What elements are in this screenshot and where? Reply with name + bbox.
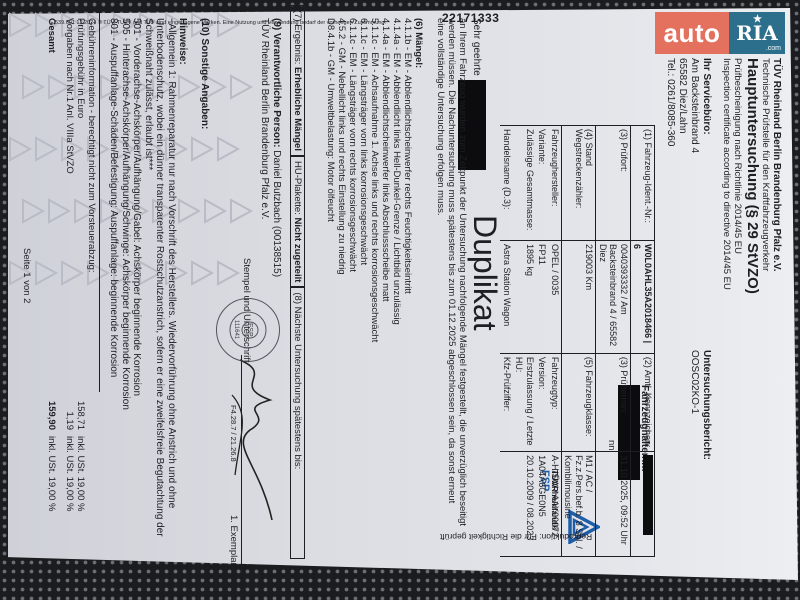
vehicle-field-label: Erstzulassung / Letzte HU:: [513, 353, 536, 451]
vehicle-field-label: (5) Fahrzeugklasse:: [562, 353, 597, 451]
vehicle-data-table: (1) Fahrzeug-Ident.-Nr.:W0L0AHL35A201846…: [501, 125, 656, 557]
defect-item: 4.1.1b - EM - Abblendlichtscheinwerfer r…: [402, 18, 413, 342]
subtitle-de: Prüfbescheinigung nach Richtlinie 2014/4…: [732, 58, 743, 254]
fee-line: Prüfungsgebühr in Euro158,71inkl. USt. 1…: [75, 18, 86, 578]
vehicle-field-label: (3) Prüftermin:: [596, 353, 631, 451]
vehicle-field-label: Variante:: [536, 126, 549, 241]
next-inspection-label: (8) Nächste Untersuchung spätestens bis:: [292, 292, 303, 469]
note-line: 501 - Vorderachse-Achskörper/Aufhängung/…: [131, 18, 143, 537]
note-line: 801 - Auspuffanlage-Schäden/Befestigung:…: [108, 18, 120, 537]
watermark-triangle-icon: [216, 260, 240, 286]
signature-scribble: [222, 355, 280, 525]
fee-tax: inkl. USt. 19,00 %: [75, 436, 86, 512]
vehicle-field-label: (4) Stand Wegstreckenzähler:: [562, 126, 597, 241]
official-stamp: FSP 111641: [216, 298, 280, 362]
watermark-triangle-icon: [229, 74, 253, 100]
watermark-triangle-icon: [21, 198, 45, 224]
note-line: 505 - Hinterachse-Achskörper/Aufhängung/…: [120, 18, 132, 537]
notes-list: - Allgemein 1: Rahmenreparatur nur nach …: [108, 18, 177, 537]
result-label: (7) Ergebnis:: [292, 10, 303, 64]
subtitle-en: Inspection certificate according to dire…: [721, 58, 732, 290]
inspection-certificate-page: TÜV Rheinland Berlin Brandenburg Pfalz e…: [10, 0, 800, 600]
fee-amount: 158,71: [75, 390, 86, 430]
defect-item: 4.5.2 - GM - Nebellicht links und rechts…: [336, 18, 347, 342]
watermark-triangle-icon: [216, 136, 240, 162]
badge-value: Nicht zugeteilt: [292, 217, 303, 282]
watermark-triangle-icon: [177, 198, 201, 224]
total-amount: 159,90: [46, 390, 57, 430]
vehicle-table-row: Handelsname (D.3):Astra Station WagonKfz…: [501, 126, 514, 557]
vehicle-field-label: (3) Prüfort:: [596, 126, 631, 241]
defects-list: 4.1.1b - EM - Abblendlichtscheinwerfer r…: [325, 18, 413, 342]
fees-title: Gebühreninformation - berechtigt nicht z…: [86, 18, 97, 273]
defect-item: 4.1.4a - EM - Abblendlichtscheinwerfer l…: [380, 18, 391, 342]
next-inspection-box: (8) Nächste Untersuchung spätestens bis:: [290, 287, 305, 559]
vehicle-field-label: Zulässige Gesamtmasse:: [513, 126, 536, 241]
fee-label: Prüfungsgebühr in Euro: [75, 18, 86, 118]
form-footer-line: 539.601 12.2024 ® TÜV, TUEV und TUV sind…: [55, 20, 386, 26]
vehicle-field-value: FP11: [536, 241, 549, 354]
watermark-triangle-icon: [229, 198, 253, 224]
vehicle-field-label: (2) Amtl. Kennzeichen:: [631, 353, 655, 451]
watermark-triangle-icon: [34, 260, 58, 286]
note-line: - Allgemein 1: Rahmenreparatur nur nach …: [166, 18, 178, 537]
vehicle-field-label: Fahrzeugtyp:: [549, 353, 562, 451]
vehicle-table-row: Variante:FP11Version:1A04A6GE0N5: [536, 126, 549, 557]
report-label: Untersuchungsbericht:: [701, 350, 712, 460]
vehicle-table-row: (1) Fahrzeug-Ident.-Nr.:W0L0AHL35A201846…: [631, 126, 655, 557]
vehicle-field-value: 31.10.2025, 09:52 Uhr: [596, 452, 631, 557]
result-row: (7) Ergebnis: Erhebliche Mängel HU-Plake…: [290, 5, 305, 559]
watermark-triangle-icon: [190, 260, 214, 286]
fee-line: Vorgaben nach Nr.1 Anl. VIIIa StVZO1,19i…: [64, 18, 75, 578]
defects-title: (6) Mängel:: [413, 18, 424, 68]
vehicle-table-row: Fahrzeughersteller:OPEL / 0035Fahrzeugty…: [549, 126, 562, 557]
vehicle-field-value: 0040393332 / Am Backsteinbrand 4 / 65582…: [596, 241, 631, 354]
vehicle-table-row: Zulässige Gesamtmasse:1895 kgErstzulassu…: [513, 126, 536, 557]
vehicle-field-value: OPEL / 0035: [549, 241, 562, 354]
plate-redacted: [643, 455, 653, 535]
defect-item: 5.1.1c - EM - Achsaufnahme 1. Achse link…: [369, 18, 380, 342]
defect-item: 4.1.4a - EM - Abblendlicht links Hell-Du…: [391, 18, 402, 342]
vehicle-field-value: 219003 Km: [562, 241, 597, 354]
stamp-center: FSP: [244, 323, 255, 337]
autoria-logo-suffix: .com: [766, 45, 781, 52]
responsible-label: (9) Verantwortliche Person: Daniel Butzb…: [271, 18, 282, 277]
note-line: Schweißnaht zulässt, erlaubt ist***: [143, 18, 155, 537]
watermark-triangle-icon: [34, 136, 58, 162]
service-city: 65582 Diez/Lahn: [677, 58, 688, 134]
org-subtitle: Technische Prüfstelle für den Kraftfahrz…: [760, 58, 771, 271]
service-street: Am Backsteinbrand 4: [689, 58, 700, 153]
salutation: Sehr geehrte: [471, 18, 482, 76]
service-label: Ihr Servicebüro:: [701, 58, 712, 135]
defect-item: 6.1.1c - EM - Längsträger vorn links kor…: [358, 18, 369, 342]
watermark-triangle-icon: [8, 12, 32, 38]
watermark-triangle-icon: [190, 136, 214, 162]
report-number: OOSC02KO-1: [689, 350, 700, 414]
page-number: Seite 1 von 2: [21, 248, 32, 303]
letter-line-1: an Ihrem Fahrzeug wurden zum Zeitpunkt d…: [457, 18, 468, 526]
defect-item: 6.1.1c - EM - Längsträger vorn rechts ko…: [347, 18, 358, 342]
watermark-triangle-icon: [203, 198, 227, 224]
service-phone: Tel.: 0261/8085-360: [665, 58, 676, 146]
vehicle-table-row: (3) Prüfort:0040393332 / Am Backsteinbra…: [596, 126, 631, 557]
watermark-triangle-icon: [21, 74, 45, 100]
vehicle-field-value: [631, 452, 655, 557]
badge-box: HU-Plakette: Nicht zugeteilt: [290, 156, 305, 287]
fee-tax: inkl. USt. 19,00 %: [64, 436, 75, 512]
fees-rule: [99, 12, 100, 392]
note-line: Unterbodenschutz, wobei ein dünner trans…: [154, 18, 166, 537]
letter-line-2: werden müssen. Die Nachuntersuchung muss…: [446, 18, 457, 503]
vehicle-field-label: Version:: [536, 353, 549, 451]
vehicle-field-value: 1895 kg: [513, 241, 536, 354]
autoria-logo-left: auto: [655, 12, 729, 54]
badge-label: HU-Plakette:: [292, 161, 303, 215]
autoria-logo-right: ★ RIA .com: [729, 12, 785, 54]
other-title: (10) Sonstige Angaben:: [199, 18, 210, 129]
star-icon: ★: [753, 14, 762, 25]
responsible-name: Daniel Butzbach (00138515): [271, 150, 282, 277]
document-number: 22171333: [442, 11, 499, 25]
letter-line-3: eine vollständige Untersuchung erfolgen …: [435, 18, 446, 216]
org-name: TÜV Rheinland Berlin Brandenburg Pfalz e…: [771, 58, 782, 272]
result-value: Erhebliche Mängel: [292, 67, 303, 151]
stamp-number: 111641: [230, 320, 241, 339]
watermark-triangle-icon: [177, 74, 201, 100]
fee-label: Vorgaben nach Nr.1 Anl. VIIIa StVZO: [64, 18, 75, 174]
total-tax: inkl. USt. 19,00 %: [46, 436, 57, 512]
autoria-watermark-logo: auto ★ RIA .com: [655, 12, 785, 54]
vehicle-field-value: W0L0AHL35A2018466 | 6: [631, 241, 655, 354]
responsible-org: TÜV Rheinland Berlin Brandenburg Pfalz e…: [259, 18, 270, 219]
reproduction-note: Reproduktion: Für die Richtigkeit geprüf…: [440, 532, 592, 542]
fee-amount: 1,19: [64, 390, 75, 430]
result-box: (7) Ergebnis: Erhebliche Mängel: [290, 5, 305, 156]
document-title: Hauptuntersuchung (§ 29 StVZO): [744, 58, 760, 294]
defect-item: D8.4.1b - GM - Umweltbelastung: Motor öl…: [325, 18, 336, 342]
responsible-label-text: (9) Verantwortliche Person:: [271, 18, 282, 147]
vehicle-table-row: (4) Stand Wegstreckenzähler:219003 Km(5)…: [562, 126, 597, 557]
duplicate-stamp: Duplikat: [468, 215, 502, 331]
vehicle-field-label: Fahrzeughersteller:: [549, 126, 562, 241]
fees-list: Prüfungsgebühr in Euro158,71inkl. USt. 1…: [64, 18, 86, 578]
vehicle-field-label: (1) Fahrzeug-Ident.-Nr.:: [631, 126, 655, 241]
vehicle-field-label: Kfz-Prüfziffer:: [501, 353, 514, 451]
watermark-triangle-icon: [8, 136, 32, 162]
